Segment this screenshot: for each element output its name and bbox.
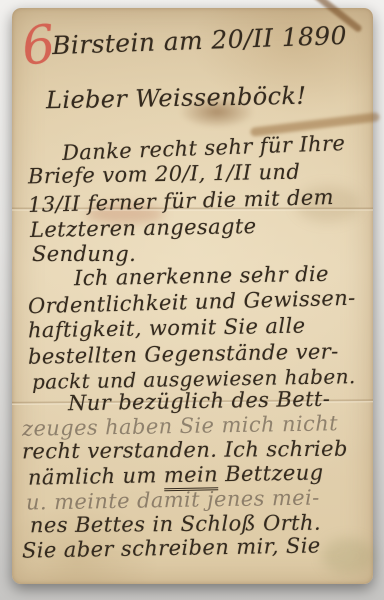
handwritten-line: Briefe vom 20/I, 1/II und <box>28 162 301 188</box>
handwritten-line: Ich anerkenne sehr die <box>74 264 329 289</box>
letter-salutation: Lieber Weissenböck! <box>46 84 307 113</box>
handwritten-line: bestellten Gegenstände ver- <box>28 341 339 367</box>
handwritten-line: Sendung. <box>32 244 136 265</box>
handwritten-line: nämlich um mein Bettzeug <box>28 462 324 488</box>
handwritten-line: nes Bettes in Schloß Orth. <box>30 513 321 537</box>
bottom-right-stain <box>322 538 374 574</box>
handwritten-line: recht verstanden. Ich schrieb <box>22 439 348 463</box>
letter-dateline: Birstein am 20/II 1890 <box>52 23 348 58</box>
handwritten-line: 13/II ferner für die mit dem <box>28 187 334 216</box>
handwritten-line: haftigkeit, womit Sie alle <box>28 316 306 342</box>
photograph-backdrop: 6 Birstein am 20/II 1890 Lieber Weissenb… <box>0 0 384 600</box>
handwritten-line: Nur bezüglich des Bett- <box>68 389 331 415</box>
handwritten-line: Letzteren angesagte <box>30 216 257 241</box>
handwritten-line: Danke recht sehr für Ihre <box>62 133 346 164</box>
handwritten-line: Sie aber schreiben mir, Sie <box>22 535 321 561</box>
handwritten-line: u. meinte damit jenes mei- <box>26 487 320 513</box>
letter-paper: 6 Birstein am 20/II 1890 Lieber Weissenb… <box>12 8 373 584</box>
handwritten-line: Ordentlichkeit und Gewissen- <box>28 288 356 318</box>
handwritten-line: zeuges haben Sie mich nicht <box>22 413 338 440</box>
